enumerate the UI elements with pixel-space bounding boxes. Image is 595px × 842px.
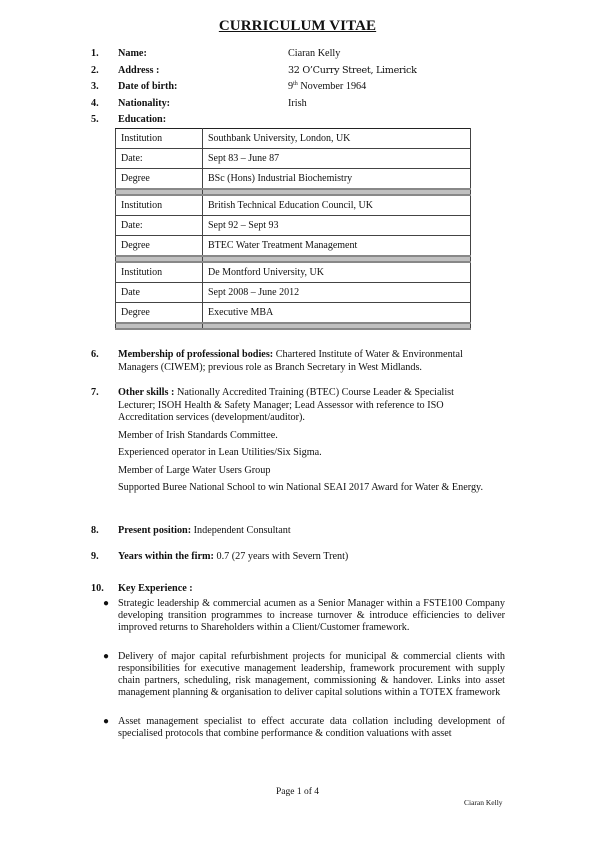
section-membership: 6. Membership of professional bodies: Ch… [91,349,486,379]
section-label: Membership of professional bodies: [118,349,273,360]
field-value: Irish [288,96,307,111]
field-label: Education: [118,112,166,127]
table-cell-label: Degree [116,236,203,257]
field-label: Address : [118,63,159,78]
section-label: Key Experience : [118,583,193,594]
item-number: 2. [91,63,99,78]
field-value: 32 O’Curry Street, Limerick [288,63,417,78]
table-row: Date: Sept 92 – Sept 93 [116,216,471,236]
field-label: Name: [118,46,147,61]
table-row: Institution Southbank University, London… [116,129,471,149]
section-body: Membership of professional bodies: Chart… [118,349,486,374]
bullet-icon: ● [103,716,109,728]
section-present-position: 8. Present position: Independent Consult… [91,525,486,538]
table-cell-label: Institution [116,195,203,216]
table-row: Institution British Technical Education … [116,195,471,216]
table-cell-value: BTEC Water Treatment Management [203,236,471,257]
table-cell-value: De Montford University, UK [203,262,471,283]
table-cell-label: Date: [116,216,203,236]
table-cell-label: Institution [116,262,203,283]
field-label: Nationality: [118,96,170,111]
document-title: CURRICULUM VITAE [0,18,595,35]
footer-author: Ciaran Kelly [464,798,503,807]
list-item: ●Delivery of major capital refurbishment… [100,651,505,699]
table-cell-label: Date [116,283,203,303]
field-value: 9th November 1964 [288,79,366,94]
list-item-text: Asset management specialist to effect ac… [118,716,505,739]
item-number: 1. [91,46,99,61]
table-row: Date Sept 2008 – June 2012 [116,283,471,303]
section-body: Key Experience : [118,583,486,596]
key-experience-list: ●Strategic leadership & commercial acume… [100,598,505,757]
separator-cell [116,323,203,329]
item-number: 10. [91,583,104,596]
table-cell-value: Southbank University, London, UK [203,129,471,149]
item-number: 7. [91,387,99,400]
skills-extra: Supported Buree National School to win N… [118,482,486,495]
list-item-text: Strategic leadership & commercial acumen… [118,598,505,633]
table-separator [116,323,471,329]
table-cell-value: Sept 2008 – June 2012 [203,283,471,303]
list-item-text: Delivery of major capital refurbishment … [118,651,505,698]
section-body: Years within the firm: 0.7 (27 years wit… [118,551,486,564]
field-label: Date of birth: [118,79,177,94]
section-body: Present position: Independent Consultant [118,525,486,538]
bullet-icon: ● [103,651,109,663]
table-cell-label: Institution [116,129,203,149]
table-cell-value: BSc (Hons) Industrial Biochemistry [203,169,471,190]
field-value: Ciaran Kelly [288,46,340,61]
table-cell-value: Sept 83 – June 87 [203,149,471,169]
table-row: Degree BTEC Water Treatment Management [116,236,471,257]
table-cell-value: Sept 92 – Sept 93 [203,216,471,236]
membership-paragraph: Membership of professional bodies: Chart… [118,349,486,374]
section-text: Independent Consultant [191,525,291,536]
item-number: 6. [91,349,99,362]
section-text: 0.7 (27 years with Severn Trent) [214,551,348,562]
skills-paragraph: Other skills : Nationally Accredited Tra… [118,387,486,425]
list-item: ●Strategic leadership & commercial acume… [100,598,505,634]
separator-cell [203,323,471,329]
table-row: Date: Sept 83 – June 87 [116,149,471,169]
page-number: Page 1 of 4 [0,787,595,797]
skills-extra: Experienced operator in Lean Utilities/S… [118,447,486,460]
table-row: Degree Executive MBA [116,303,471,324]
table-row: Institution De Montford University, UK [116,262,471,283]
table-cell-label: Degree [116,169,203,190]
section-label: Other skills : [118,387,174,398]
list-item: ●Asset management specialist to effect a… [100,716,505,740]
skills-extra: Member of Large Water Users Group [118,465,486,478]
skills-extra: Member of Irish Standards Committee. [118,430,486,443]
education-table: Institution Southbank University, London… [115,128,471,330]
item-number: 9. [91,551,99,564]
table-row: Degree BSc (Hons) Industrial Biochemistr… [116,169,471,190]
item-number: 4. [91,96,99,111]
table-cell-label: Degree [116,303,203,324]
table-cell-label: Date: [116,149,203,169]
item-number: 3. [91,79,99,94]
section-label: Years within the firm: [118,551,214,562]
table-cell-value: British Technical Education Council, UK [203,195,471,216]
bullet-icon: ● [103,598,109,610]
section-other-skills: 7. Other skills : Nationally Accredited … [91,387,486,500]
item-number: 8. [91,525,99,538]
section-key-experience: 10. Key Experience : [91,583,486,596]
section-years-within-firm: 9. Years within the firm: 0.7 (27 years … [91,551,486,564]
dob-rest: November 1964 [298,81,366,92]
item-number: 5. [91,112,99,127]
section-label: Present position: [118,525,191,536]
section-body: Other skills : Nationally Accredited Tra… [118,387,486,495]
table-cell-value: Executive MBA [203,303,471,324]
